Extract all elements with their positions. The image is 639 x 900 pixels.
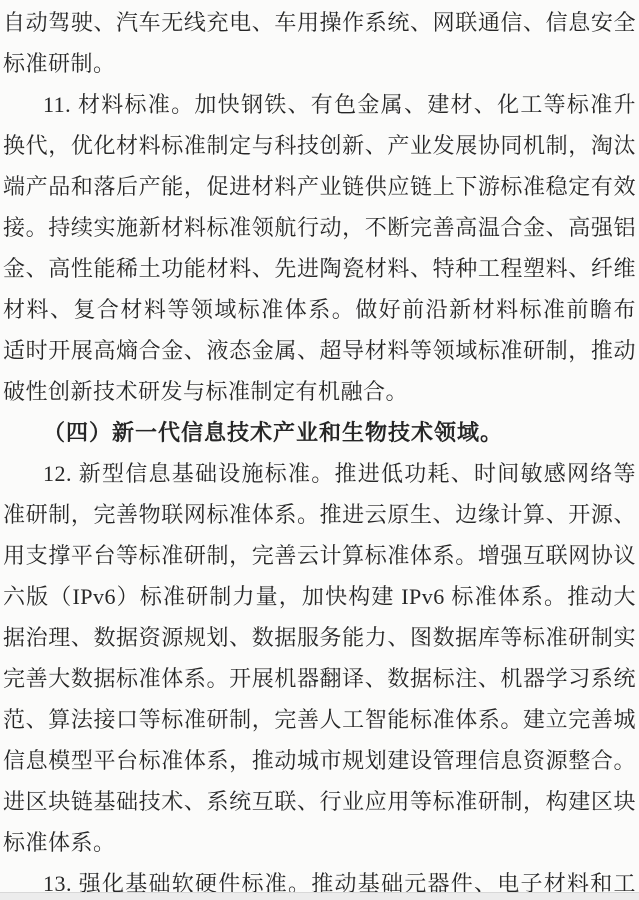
text-line: 用支撑平台等标准研制，完善云计算标准体系。增强互联网协议第 (3, 535, 636, 576)
text-line: 信息模型平台标准体系，推动城市规划建设管理信息资源整合。推 (3, 740, 636, 781)
item-12-title-line: 12. 新型信息基础设施标准。推进低功耗、时间敏感网络等标 (3, 453, 636, 494)
section-heading: （四）新一代信息技术产业和生物技术领域。 (3, 412, 636, 453)
document-page: 自动驾驶、汽车无线充电、车用操作系统、网联通信、信息安全等 标准研制。 11. … (0, 0, 639, 900)
text-line: 换代，优化材料标准制定与科技创新、产业发展协同机制，淘汰低 (3, 125, 636, 166)
text-line: 进区块链基础技术、系统互联、行业应用等标准研制，构建区块链 (3, 781, 636, 822)
text-line: 接。持续实施新材料标准领航行动，不断完善高温合金、高强铝合 (3, 207, 636, 248)
document-text-block: 自动驾驶、汽车无线充电、车用操作系统、网联通信、信息安全等 标准研制。 11. … (3, 2, 636, 900)
text-line: 范、算法接口等标准研制，完善人工智能标准体系。建立完善城市 (3, 699, 636, 740)
text-line: 标准体系。 (3, 822, 636, 863)
text-line: 金、高性能稀土功能材料、先进陶瓷材料、特种工程塑料、纤维新 (3, 248, 636, 289)
item-11-title-line: 11. 材料标准。加快钢铁、有色金属、建材、化工等标准升级 (3, 84, 636, 125)
text-line: 完善大数据标准体系。开展机器翻译、数据标注、机器学习系统规 (3, 658, 636, 699)
text-line: 自动驾驶、汽车无线充电、车用操作系统、网联通信、信息安全等 (3, 2, 636, 43)
text-line: 适时开展高熵合金、液态金属、超导材料等领域标准研制，推动突 (3, 330, 636, 371)
text-line: 破性创新技术研发与标准制定有机融合。 (3, 371, 636, 412)
text-line: 据治理、数据资源规划、数据服务能力、图数据库等标准研制实施， (3, 617, 636, 658)
text-line: 六版（IPv6）标准研制力量，加快构建 IPv6 标准体系。推动大数 (3, 576, 636, 617)
text-line: 端产品和落后产能，促进材料产业链供应链上下游标准稳定有效衔 (3, 166, 636, 207)
text-line: 准研制，完善物联网标准体系。推进云原生、边缘计算、开源、应 (3, 494, 636, 535)
page-bottom-edge (0, 892, 639, 900)
text-line: 标准研制。 (3, 43, 636, 84)
text-line: 材料、复合材料等领域标准体系。做好前沿新材料标准前瞻布局， (3, 289, 636, 330)
